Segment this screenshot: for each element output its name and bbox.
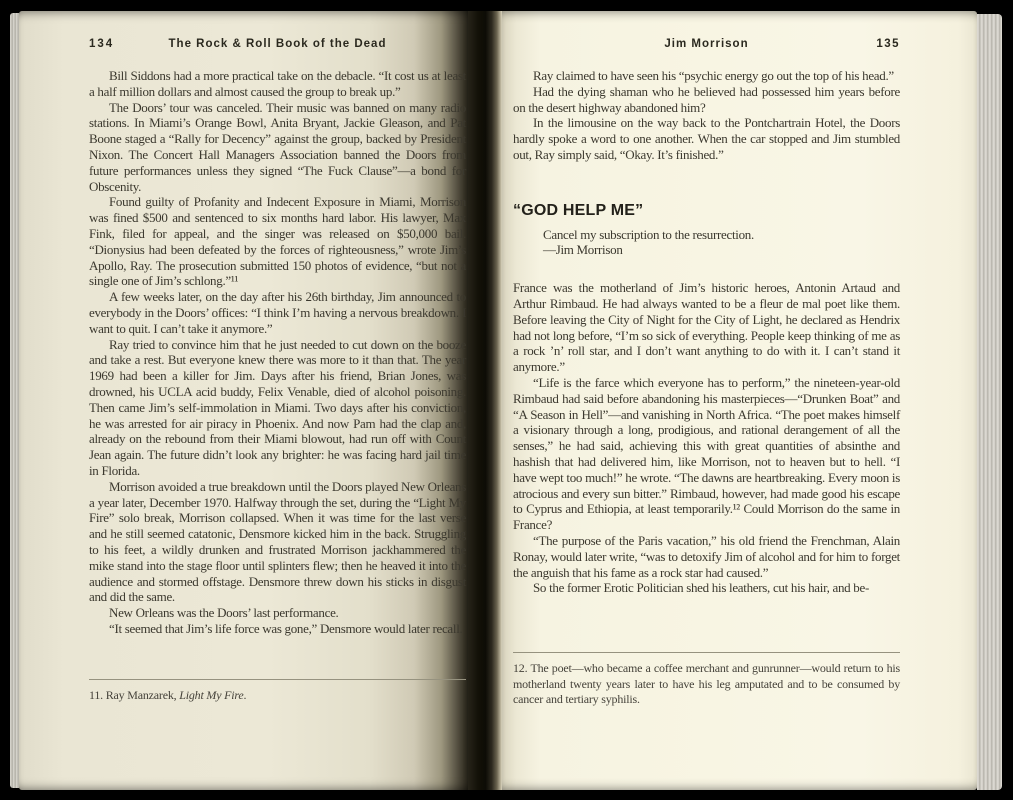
footnote-citation-prefix: 11. Ray Manzarek, — [89, 688, 179, 702]
paragraph: New Orleans was the Doors’ last performa… — [89, 605, 466, 621]
footnote-rule — [89, 679, 466, 680]
left-page-column: 134 The Rock & Roll Book of the Dead Bil… — [89, 38, 466, 637]
epigraph-quote: Cancel my subscription to the resurrecti… — [543, 227, 900, 243]
page-edges-left — [10, 13, 19, 788]
footnote-citation-suffix: . — [244, 688, 247, 702]
right-running-head-row: Jim Morrison 135 — [513, 38, 900, 51]
paragraph: Ray tried to convince him that he just n… — [89, 337, 466, 479]
paragraph: France was the motherland of Jim’s histo… — [513, 280, 900, 375]
left-page: 134 The Rock & Roll Book of the Dead Bil… — [19, 11, 468, 790]
right-page: Jim Morrison 135 Ray claimed to have see… — [502, 11, 977, 790]
right-page-number: 135 — [876, 38, 900, 50]
paragraph: Found guilty of Profanity and Indecent E… — [89, 194, 466, 289]
paragraph: The Doors’ tour was canceled. Their musi… — [89, 100, 466, 195]
paragraph: Ray claimed to have seen his “psychic en… — [513, 68, 900, 84]
paragraph: A few weeks later, on the day after his … — [89, 289, 466, 336]
paragraph: So the former Erotic Politician shed his… — [513, 580, 900, 596]
left-page-body: Bill Siddons had a more practical take o… — [89, 68, 466, 637]
left-running-head-row: 134 The Rock & Roll Book of the Dead — [89, 38, 466, 51]
epigraph: Cancel my subscription to the resurrecti… — [543, 227, 900, 259]
paragraph: “Life is the farce which everyone has to… — [513, 375, 900, 533]
right-footnote: 12. The poet—who became a coffee merchan… — [513, 652, 900, 708]
paragraph: In the limousine on the way back to the … — [513, 115, 900, 162]
epigraph-attribution: —Jim Morrison — [543, 242, 900, 258]
right-running-head: Jim Morrison — [513, 38, 900, 50]
right-footnote-text: 12. The poet—who became a coffee merchan… — [513, 661, 900, 708]
footnote-rule — [513, 652, 900, 653]
paragraph: Had the dying shaman who he believed had… — [513, 84, 900, 116]
paragraph: Morrison avoided a true breakdown until … — [89, 479, 466, 605]
paragraph: “It seemed that Jim’s life force was gon… — [89, 621, 466, 637]
page-edges-right — [977, 14, 1002, 790]
gutter-shadow — [468, 11, 502, 790]
left-running-head: The Rock & Roll Book of the Dead — [89, 38, 466, 50]
paragraph: “The purpose of the Paris vacation,” his… — [513, 533, 900, 580]
left-footnote-text: 11. Ray Manzarek, Light My Fire. — [89, 688, 466, 704]
left-footnote: 11. Ray Manzarek, Light My Fire. — [89, 679, 466, 704]
right-page-column: Jim Morrison 135 Ray claimed to have see… — [513, 38, 900, 596]
section-heading: “GOD HELP ME” — [513, 203, 900, 219]
right-page-body: Ray claimed to have seen his “psychic en… — [513, 68, 900, 596]
book-photo-background: 134 The Rock & Roll Book of the Dead Bil… — [0, 0, 1013, 800]
paragraph: Bill Siddons had a more practical take o… — [89, 68, 466, 100]
footnote-book-title: Light My Fire — [179, 688, 243, 702]
left-page-number: 134 — [89, 38, 114, 50]
